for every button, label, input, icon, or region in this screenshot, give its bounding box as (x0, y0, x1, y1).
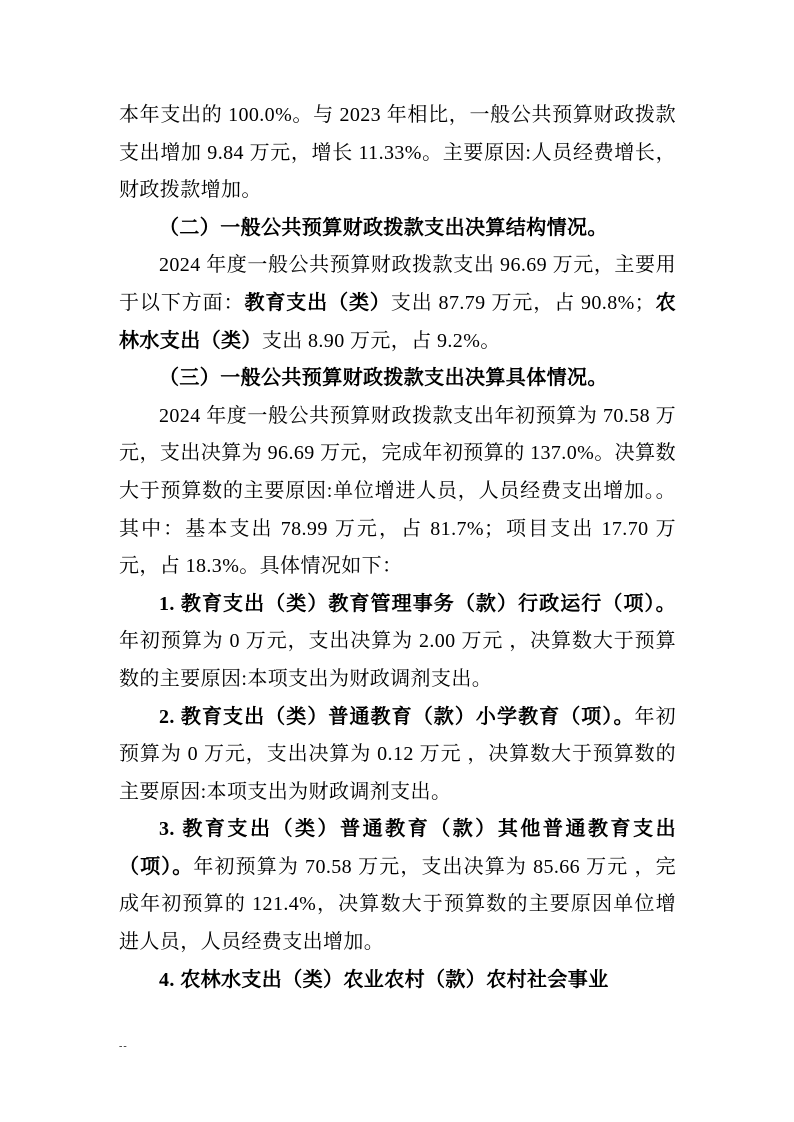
text-run-bold: 1. 教育支出（类）教育管理事务（款）行政运行（项）。 (159, 593, 676, 615)
text-run: 支出 87.79 万元，占 90.8%； (391, 292, 655, 314)
heading-section-2: （二）一般公共预算财政拨款支出决算结构情况。 (119, 210, 676, 248)
para-item-3: 3. 教育支出（类）普通教育（款）其他普通教育支出（项）。年初预算为 70.58… (119, 811, 676, 961)
para-structure-overview: 2024 年度一般公共预算财政拨款支出 96.69 万元，主要用于以下方面：教育… (119, 247, 676, 360)
para-detail-overview: 2024 年度一般公共预算财政拨款支出年初预算为 70.58 万元，支出决算为 … (119, 398, 676, 586)
text-run: 年初预算为 0 万元，支出决算为 2.00 万元 ，决算数大于预算数的主要原因:… (119, 630, 676, 690)
text-run-bold: （二）一般公共预算财政拨款支出决算结构情况。 (159, 217, 608, 239)
text-run: 支出 8.90 万元，占 9.2%。 (262, 330, 501, 352)
text-run: 本年支出的 100.0%。与 2023 年相比，一般公共预算财政拨款支出增加 9… (119, 104, 676, 201)
para-item-1: 1. 教育支出（类）教育管理事务（款）行政运行（项）。年初预算为 0 万元，支出… (119, 586, 676, 699)
text-run: 年初预算为 70.58 万元，支出决算为 85.66 万元 ，完成年初预算的 1… (119, 856, 676, 953)
document-body: 本年支出的 100.0%。与 2023 年相比，一般公共预算财政拨款支出增加 9… (119, 97, 676, 999)
text-run-bold: （三）一般公共预算财政拨款支出决算具体情况。 (159, 367, 608, 389)
text-run: 2024 年度一般公共预算财政拨款支出年初预算为 70.58 万元，支出决算为 … (119, 405, 676, 577)
para-item-2: 2. 教育支出（类）普通教育（款）小学教育（项）。年初预算为 0 万元，支出决算… (119, 699, 676, 812)
para-continued-from-previous-page: 本年支出的 100.0%。与 2023 年相比，一般公共预算财政拨款支出增加 9… (119, 97, 676, 210)
text-run-bold: 2. 教育支出（类）普通教育（款）小学教育（项）。 (159, 706, 635, 728)
heading-section-3: （三）一般公共预算财政拨款支出决算具体情况。 (119, 360, 676, 398)
document-page: 本年支出的 100.0%。与 2023 年相比，一般公共预算财政拨款支出增加 9… (0, 0, 794, 1122)
para-item-4: 4. 农林水支出（类）农业农村（款）农村社会事业 (119, 962, 676, 1000)
text-run-bold: 4. 农林水支出（类）农业农村（款）农村社会事业 (159, 969, 609, 991)
text-run-bold: 教育支出（类） (244, 292, 390, 314)
page-footer-mark: -- (119, 1041, 128, 1052)
